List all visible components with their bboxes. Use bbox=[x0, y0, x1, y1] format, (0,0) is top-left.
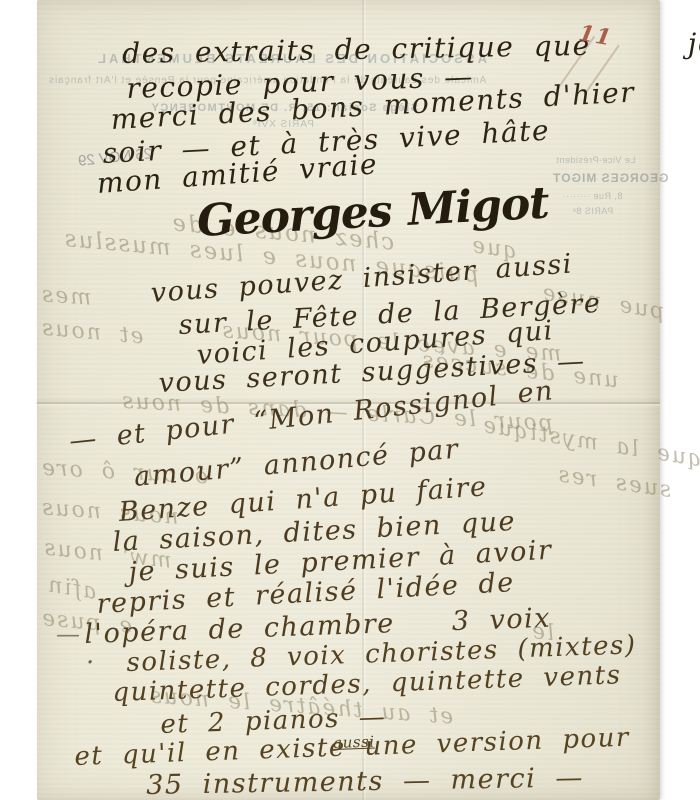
letter-scan: chez nous e depuisque nous e lues musslu… bbox=[0, 0, 700, 800]
letter-line: 35 instruments — merci — bbox=[146, 764, 584, 799]
letterhead-role: Le Vice-Président bbox=[556, 156, 635, 165]
letterhead-paris: PARIS 8ᵉ bbox=[572, 207, 613, 216]
margin-mark: · bbox=[86, 650, 96, 676]
showthrough-scribble: mes bbox=[39, 284, 92, 310]
margin-mark: — bbox=[56, 622, 82, 646]
pencil-page-number: 11 bbox=[577, 22, 614, 50]
letterhead-name: GEORGES MIGOT bbox=[552, 172, 668, 184]
letterhead-street: 8, Rue ········ bbox=[562, 192, 623, 201]
